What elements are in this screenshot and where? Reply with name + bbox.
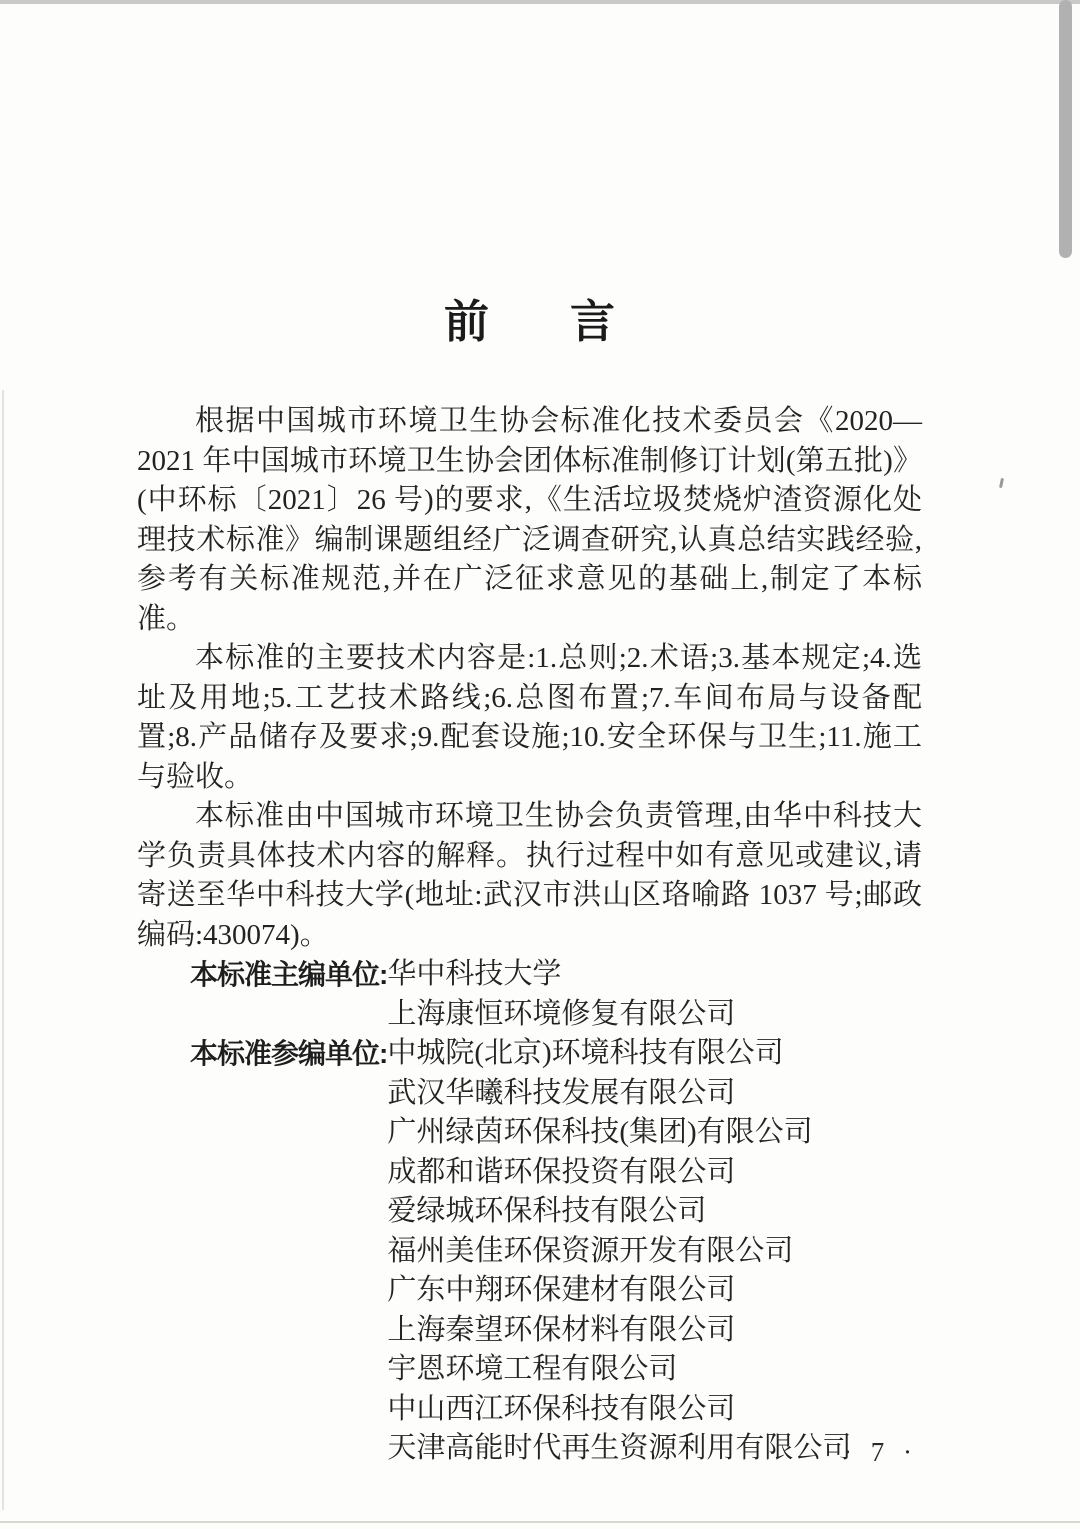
- page-number: · 7 ·: [843, 1437, 912, 1468]
- scan-left-edge-artifact: [2, 390, 4, 1510]
- organization-name: 福州美佳环保资源开发有限公司: [387, 1232, 922, 1272]
- organization-name: 广州绿茵环保科技(集团)有限公司: [387, 1113, 922, 1153]
- scan-bottom-edge-artifact: [0, 1521, 1080, 1523]
- organization-name: 上海康恒环境修复有限公司: [387, 995, 922, 1035]
- paragraph: 本标准的主要技术内容是:1.总则;2.术语;3.基本规定;4.选址及用地;5.工…: [137, 639, 922, 797]
- organization-name: 广东中翔环保建材有限公司: [387, 1271, 922, 1311]
- paragraph: 本标准由中国城市环境卫生协会负责管理,由华中科技大学负责具体技术内容的解释。执行…: [137, 797, 922, 955]
- participating-editor-organizations: 中城院(北京)环境科技有限公司武汉华曦科技发展有限公司广州绿茵环保科技(集团)有…: [387, 1034, 922, 1469]
- chief-editor-organizations: 华中科技大学上海康恒环境修复有限公司: [387, 955, 922, 1034]
- organization-name: 成都和谐环保投资有限公司: [387, 1153, 922, 1193]
- page-title: 前言: [137, 292, 922, 352]
- organization-name: 武汉华曦科技发展有限公司: [387, 1074, 922, 1114]
- organization-name: 爱绿城环保科技有限公司: [387, 1192, 922, 1232]
- organization-name: 华中科技大学: [387, 955, 922, 995]
- chief-editor-row: 本标准主编单位: 华中科技大学上海康恒环境修复有限公司: [137, 955, 922, 1034]
- participating-editor-row: 本标准参编单位: 中城院(北京)环境科技有限公司武汉华曦科技发展有限公司广州绿茵…: [137, 1034, 922, 1469]
- organization-name: 天津高能时代再生资源利用有限公司: [387, 1429, 922, 1469]
- participating-editor-label: 本标准参编单位:: [190, 1034, 387, 1074]
- organization-name: 中城院(北京)环境科技有限公司: [387, 1034, 922, 1074]
- document-content: 前言 根据中国城市环境卫生协会标准化技术委员会《2020—2021 年中国城市环…: [0, 0, 1080, 1469]
- organization-name: 宇恩环境工程有限公司: [387, 1350, 922, 1390]
- paragraph: 根据中国城市环境卫生协会标准化技术委员会《2020—2021 年中国城市环境卫生…: [137, 402, 922, 639]
- organization-name: 中山西江环保科技有限公司: [387, 1390, 922, 1430]
- body-paragraphs: 根据中国城市环境卫生协会标准化技术委员会《2020—2021 年中国城市环境卫生…: [137, 402, 922, 955]
- organization-name: 上海秦望环保材料有限公司: [387, 1311, 922, 1351]
- chief-editor-label: 本标准主编单位:: [190, 955, 387, 995]
- scanned-document-page: 前言 根据中国城市环境卫生协会标准化技术委员会《2020—2021 年中国城市环…: [0, 0, 1080, 1529]
